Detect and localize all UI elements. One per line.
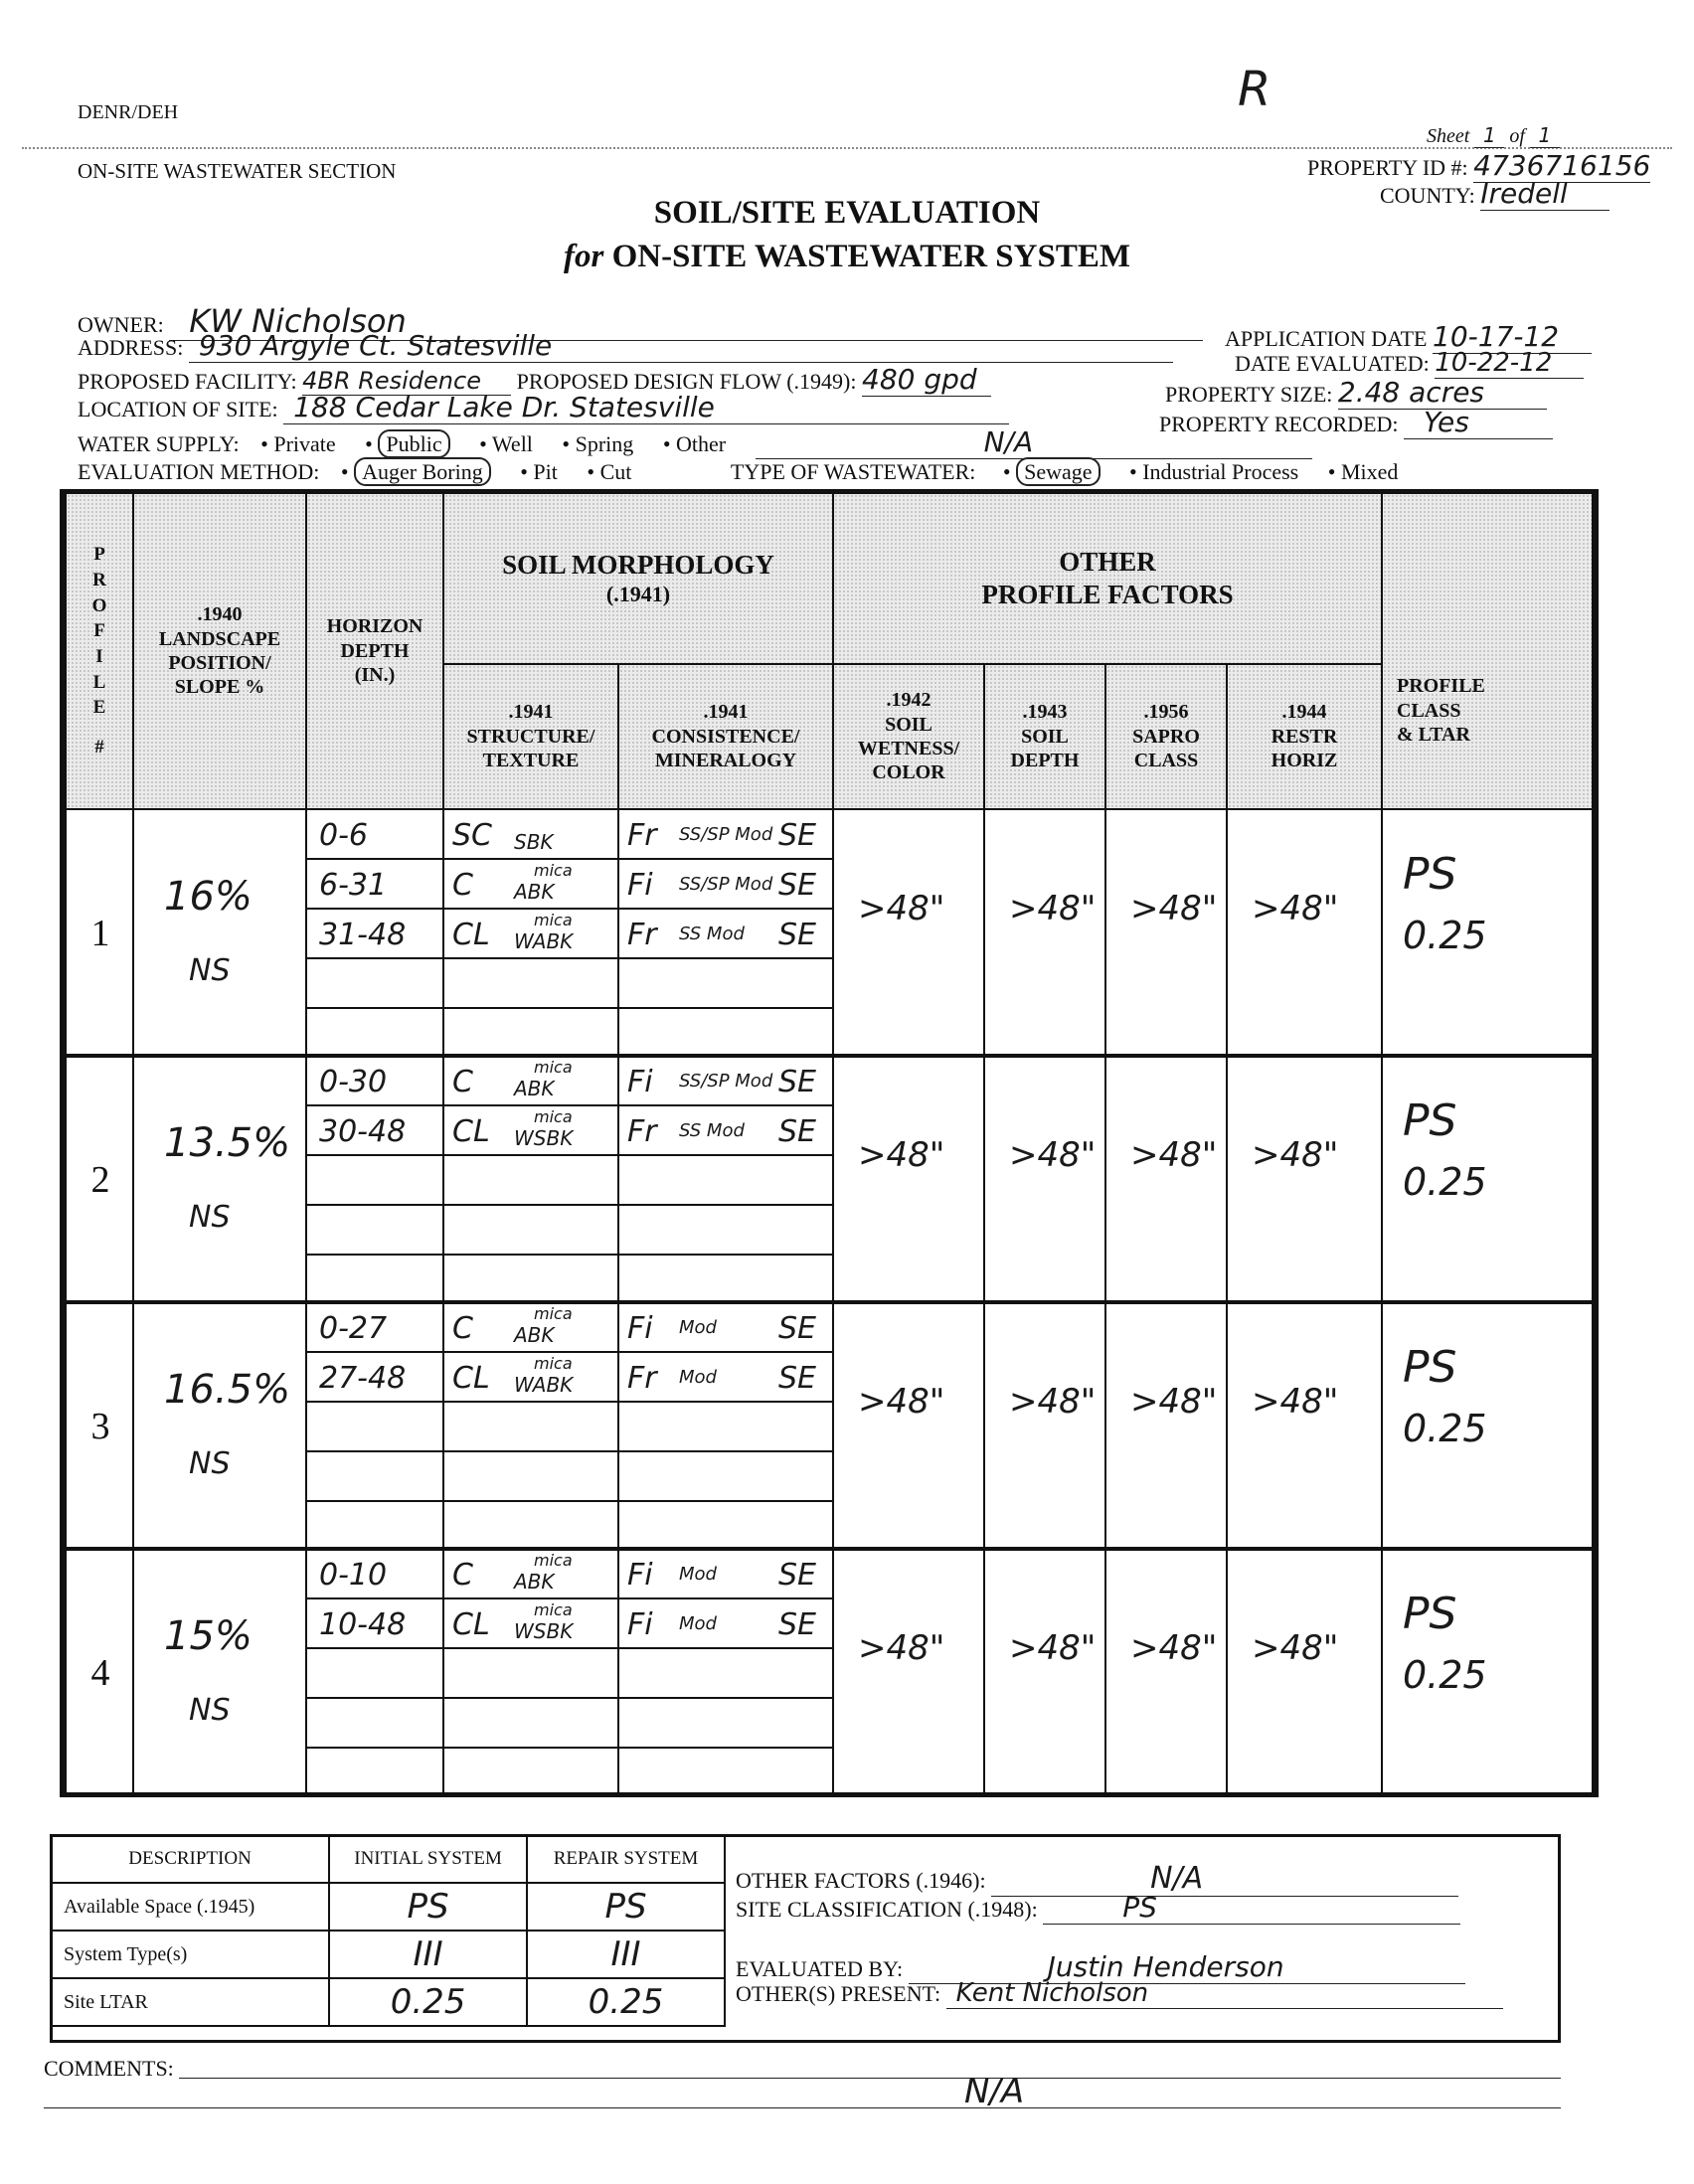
column-divider — [983, 1057, 985, 1303]
location-row: LOCATION OF SITE: 188 Cedar Lake Dr. Sta… — [78, 391, 1009, 424]
horizon-divider — [307, 1007, 834, 1009]
date-evaluated-field[interactable]: 10-22-12 — [1435, 348, 1584, 379]
others-present-field[interactable]: Kent Nicholson — [946, 1978, 1503, 2009]
column-divider — [1104, 1303, 1106, 1550]
header-horizon-depth: HORIZONDEPTH(IN.) — [307, 494, 444, 810]
structure-value[interactable]: WSBK — [514, 1126, 573, 1150]
column-divider — [442, 1057, 444, 1303]
initials-mark: R — [1238, 62, 1270, 117]
address-field[interactable]: 930 Argyle Ct. Statesville — [189, 329, 1173, 363]
horizon-depth[interactable]: 0-6 — [319, 818, 368, 853]
site-ltar-initial[interactable]: 0.25 — [329, 1978, 527, 2026]
structure-value[interactable]: WABK — [514, 1373, 573, 1397]
consistence-detail[interactable]: Mod — [679, 1317, 717, 1338]
ltar-value[interactable]: 0.25 — [1403, 1407, 1487, 1450]
sheet-label: Sheet — [1427, 125, 1469, 147]
horizon-divider — [307, 1351, 834, 1353]
horizon-depth[interactable]: 30-48 — [319, 1114, 406, 1149]
soil-depth-value[interactable]: >48" — [1009, 1382, 1096, 1422]
column-divider — [1104, 1057, 1106, 1303]
restr-horiz-value[interactable]: >48" — [1252, 1135, 1338, 1175]
site-classification-row: SITE CLASSIFICATION (.1948): PS — [736, 1891, 1460, 1925]
slope-value[interactable]: 16% — [164, 874, 253, 920]
profile-row: 316.5%NS0-27CmicaABKFiModSE27-48CLmicaWA… — [67, 1303, 1592, 1550]
form-title: SOIL/SITE EVALUATION — [0, 195, 1694, 232]
mineralogy-note[interactable]: mica — [534, 861, 573, 880]
soil-depth-value[interactable]: >48" — [1009, 1628, 1096, 1668]
comments-line-2 — [44, 2107, 1561, 2108]
of-label: of — [1509, 125, 1525, 147]
col-initial-system: INITIAL SYSTEM — [329, 1835, 527, 1883]
consistence-value[interactable]: Fi — [627, 1607, 653, 1642]
consistence-value[interactable]: Fr — [627, 818, 657, 853]
water-supply-public[interactable]: • Public — [365, 431, 449, 457]
column-divider — [1381, 1550, 1383, 1796]
header-other-profile-factors: OTHERPROFILE FACTORS — [834, 494, 1383, 665]
header-structure-texture: .1941STRUCTURE/TEXTURE — [444, 665, 619, 810]
available-space-repair[interactable]: PS — [527, 1883, 725, 1931]
row-label: Available Space (.1945) — [51, 1883, 329, 1931]
consistence-end[interactable]: SE — [778, 868, 816, 903]
structure-value[interactable]: SBK — [514, 830, 554, 854]
consistence-end[interactable]: SE — [778, 1607, 816, 1642]
texture-value[interactable]: CL — [452, 1361, 490, 1396]
soil-depth-value[interactable]: >48" — [1009, 889, 1096, 928]
consistence-value[interactable]: Fr — [627, 918, 657, 952]
profile-row: 213.5%NS0-30CmicaABKFiSS/SP ModSE30-48CL… — [67, 1057, 1592, 1303]
table-row: Available Space (.1945) PS PS — [51, 1883, 725, 1931]
consistence-detail[interactable]: Mod — [679, 1564, 717, 1585]
row-label: System Type(s) — [51, 1931, 329, 1978]
col-description: DESCRIPTION — [51, 1835, 329, 1883]
header-profile-num: PROFILE# — [67, 494, 134, 810]
mineralogy-note[interactable]: mica — [534, 1551, 573, 1570]
column-divider — [832, 1303, 834, 1550]
header-landscape: .1940LANDSCAPEPOSITION/SLOPE % — [134, 494, 307, 810]
subtitle-text: ON-SITE WASTEWATER SYSTEM — [612, 239, 1130, 274]
site-classification-label: SITE CLASSIFICATION (.1948): — [736, 1897, 1038, 1922]
sheet-num[interactable]: 1 — [1474, 123, 1504, 148]
date-evaluated-label: DATE EVALUATED: — [1235, 351, 1430, 376]
available-space-initial[interactable]: PS — [329, 1883, 527, 1931]
consistence-detail[interactable]: SS/SP Mod — [679, 874, 772, 895]
row-label: Site LTAR — [51, 1978, 329, 2026]
texture-value[interactable]: C — [452, 1065, 473, 1099]
ltar-value[interactable]: 0.25 — [1403, 1653, 1487, 1697]
water-supply-spring[interactable]: • Spring — [562, 431, 633, 457]
horizon-divider — [307, 908, 834, 910]
column-divider — [617, 810, 619, 1057]
table-row: System Type(s) III III — [51, 1931, 725, 1978]
water-supply-label: WATER SUPPLY: — [78, 431, 240, 456]
header-soil-depth: .1943SOILDEPTH — [985, 665, 1106, 810]
consistence-end[interactable]: SE — [778, 1065, 816, 1099]
column-divider — [617, 1550, 619, 1796]
consistence-end[interactable]: SE — [778, 918, 816, 952]
landscape-position[interactable]: NS — [189, 1200, 230, 1235]
consistence-value[interactable]: Fi — [627, 868, 653, 903]
texture-value[interactable]: CL — [452, 1114, 490, 1149]
horizon-divider — [307, 1104, 834, 1106]
consistence-detail[interactable]: SS Mod — [679, 1120, 745, 1141]
consistence-detail[interactable]: Mod — [679, 1613, 717, 1634]
structure-value[interactable]: ABK — [514, 1570, 555, 1594]
column-divider — [983, 1550, 985, 1796]
consistence-detail[interactable]: SS Mod — [679, 924, 745, 944]
wastewater-type-label: TYPE OF WASTEWATER: — [731, 459, 976, 484]
column-divider — [617, 1303, 619, 1550]
column-divider — [305, 1057, 307, 1303]
agency-label: DENR/DEH — [78, 101, 178, 124]
horizon-divider — [307, 1697, 834, 1699]
consistence-value[interactable]: Fi — [627, 1065, 653, 1099]
landscape-position[interactable]: NS — [189, 1693, 230, 1728]
horizon-depth[interactable]: 0-30 — [319, 1065, 387, 1099]
column-divider — [1381, 1303, 1383, 1550]
mineralogy-note[interactable]: mica — [534, 1354, 573, 1373]
texture-value[interactable]: CL — [452, 918, 490, 952]
profile-class-value[interactable]: PS — [1403, 1589, 1456, 1639]
column-divider — [1381, 810, 1383, 1057]
column-divider — [1226, 1303, 1228, 1550]
soil-wetness-value[interactable]: >48" — [858, 1135, 944, 1175]
texture-value[interactable]: C — [452, 1558, 473, 1593]
location-field[interactable]: 188 Cedar Lake Dr. Statesville — [283, 391, 1009, 424]
column-divider — [617, 1057, 619, 1303]
column-divider — [442, 1303, 444, 1550]
column-divider — [1381, 1057, 1383, 1303]
date-evaluated-row: DATE EVALUATED: 10-22-12 — [1235, 348, 1584, 379]
sapro-class-value[interactable]: >48" — [1130, 889, 1217, 928]
wastewater-industrial[interactable]: • Industrial Process — [1129, 459, 1298, 485]
soil-wetness-value[interactable]: >48" — [858, 1628, 944, 1668]
consistence-end[interactable]: SE — [778, 1361, 816, 1396]
structure-value[interactable]: ABK — [514, 880, 555, 904]
structure-value[interactable]: WABK — [514, 929, 573, 953]
property-size-row: PROPERTY SIZE: 2.48 acres — [1165, 376, 1547, 410]
mineralogy-note[interactable]: mica — [534, 1107, 573, 1126]
restr-horiz-value[interactable]: >48" — [1252, 1382, 1338, 1422]
consistence-detail[interactable]: Mod — [679, 1367, 717, 1388]
texture-value[interactable]: C — [452, 868, 473, 903]
address-label: ADDRESS: — [78, 335, 183, 360]
horizon-divider — [307, 1450, 834, 1452]
consistence-value[interactable]: Fr — [627, 1361, 657, 1396]
consistence-end[interactable]: SE — [778, 1311, 816, 1346]
evaluation-method-row: EVALUATION METHOD: • Auger Boring • Pit … — [78, 459, 1422, 485]
horizon-divider — [307, 1747, 834, 1749]
horizon-divider — [307, 1254, 834, 1256]
consistence-end[interactable]: SE — [778, 818, 816, 853]
table-row: Site LTAR 0.25 0.25 — [51, 1978, 725, 2026]
property-size-field[interactable]: 2.48 acres — [1338, 376, 1547, 410]
method-cut[interactable]: • Cut — [587, 459, 631, 485]
profile-row: 415%NS0-10CmicaABKFiModSE10-48CLmicaWSBK… — [67, 1550, 1592, 1796]
consistence-end[interactable]: SE — [778, 1114, 816, 1149]
property-size-label: PROPERTY SIZE: — [1165, 382, 1332, 407]
column-divider — [1104, 1550, 1106, 1796]
horizon-divider — [307, 1401, 834, 1403]
system-type-initial[interactable]: III — [329, 1931, 527, 1978]
sheet-indicator: Sheet 1 of 1 — [1427, 123, 1560, 148]
profile-class-value[interactable]: PS — [1403, 1095, 1456, 1146]
mineralogy-note[interactable]: mica — [534, 1058, 573, 1077]
water-supply-private[interactable]: • Private — [260, 431, 336, 457]
column-divider — [442, 1550, 444, 1796]
header-consistence: .1941CONSISTENCE/MINERALOGY — [619, 665, 834, 810]
texture-value[interactable]: C — [452, 1311, 473, 1346]
other-field[interactable]: N/A — [756, 425, 1312, 459]
header-sapro-class: .1956SAPROCLASS — [1106, 665, 1228, 810]
profile-number: 3 — [67, 1405, 134, 1448]
restr-horiz-value[interactable]: >48" — [1252, 889, 1338, 928]
soil-wetness-value[interactable]: >48" — [858, 889, 944, 928]
horizon-divider — [307, 1647, 834, 1649]
profile-number: 2 — [67, 1158, 134, 1202]
header-profile-class: PROFILECLASS& LTAR — [1383, 494, 1592, 810]
slope-value[interactable]: 16.5% — [164, 1367, 290, 1413]
section-label: ON-SITE WASTEWATER SECTION — [78, 159, 396, 184]
system-summary-table: DESCRIPTION INITIAL SYSTEM REPAIR SYSTEM… — [50, 1834, 726, 2027]
slope-value[interactable]: 15% — [164, 1613, 253, 1659]
soil-wetness-value[interactable]: >48" — [858, 1382, 944, 1422]
column-divider — [1226, 1057, 1228, 1303]
column-divider — [983, 1303, 985, 1550]
profile-number: 1 — [67, 912, 134, 955]
consistence-detail[interactable]: SS/SP Mod — [679, 824, 772, 845]
column-divider — [305, 1303, 307, 1550]
form-subtitle: for ON-SITE WASTEWATER SYSTEM — [0, 239, 1694, 275]
header-soil-wetness: .1942SOILWETNESS/COLOR — [834, 665, 985, 810]
column-divider — [1104, 810, 1106, 1057]
mineralogy-note[interactable]: mica — [534, 1304, 573, 1323]
consistence-end[interactable]: SE — [778, 1558, 816, 1593]
mineralogy-note[interactable]: mica — [534, 911, 573, 929]
soil-depth-value[interactable]: >48" — [1009, 1135, 1096, 1175]
others-present-label: OTHER(S) PRESENT: — [736, 1981, 940, 2006]
header-restr-horiz: .1944RESTRHORIZ — [1228, 665, 1383, 810]
horizon-divider — [307, 1500, 834, 1502]
other-factors-label: OTHER FACTORS (.1946): — [736, 1868, 986, 1893]
sapro-class-value[interactable]: >48" — [1130, 1382, 1217, 1422]
slope-value[interactable]: 13.5% — [164, 1120, 290, 1166]
profile-class-value[interactable]: PS — [1403, 1342, 1456, 1393]
evaluation-method-label: EVALUATION METHOD: — [78, 459, 319, 484]
landscape-position[interactable]: NS — [189, 1446, 230, 1481]
subtitle-for: for — [564, 239, 603, 274]
horizon-depth[interactable]: 0-27 — [319, 1311, 387, 1346]
method-auger-boring[interactable]: • Auger Boring — [341, 459, 491, 485]
header-soil-morphology: SOIL MORPHOLOGY(.1941) — [444, 494, 834, 665]
structure-value[interactable]: ABK — [514, 1323, 555, 1347]
texture-value[interactable]: CL — [452, 1607, 490, 1642]
structure-value[interactable]: ABK — [514, 1077, 555, 1100]
consistence-detail[interactable]: SS/SP Mod — [679, 1071, 772, 1092]
address-row: ADDRESS: 930 Argyle Ct. Statesville — [78, 329, 1173, 363]
wastewater-sewage[interactable]: • Sewage — [1003, 459, 1101, 485]
comments-label: COMMENTS: — [44, 2056, 174, 2082]
col-repair-system: REPAIR SYSTEM — [527, 1835, 725, 1883]
restr-horiz-value[interactable]: >48" — [1252, 1628, 1338, 1668]
horizon-divider — [307, 858, 834, 860]
consistence-value[interactable]: Fr — [627, 1114, 657, 1149]
horizon-depth[interactable]: 0-10 — [319, 1558, 387, 1593]
horizon-divider — [307, 1597, 834, 1599]
site-classification-field[interactable]: PS — [1043, 1891, 1460, 1925]
water-supply-row: WATER SUPPLY: • Private • Public • Well … — [78, 425, 1312, 459]
sapro-class-value[interactable]: >48" — [1130, 1628, 1217, 1668]
site-ltar-repair[interactable]: 0.25 — [527, 1978, 725, 2026]
profile-class-value[interactable]: PS — [1403, 849, 1456, 900]
sheet-total[interactable]: 1 — [1530, 123, 1560, 148]
system-type-repair[interactable]: III — [527, 1931, 725, 1978]
consistence-value[interactable]: Fi — [627, 1311, 653, 1346]
horizon-depth[interactable]: 31-48 — [319, 918, 406, 952]
column-divider — [832, 810, 834, 1057]
comments-line-1 — [179, 2078, 1561, 2079]
column-divider — [305, 810, 307, 1057]
column-divider — [983, 810, 985, 1057]
water-supply-other[interactable]: • Other — [663, 431, 726, 457]
location-label: LOCATION OF SITE: — [78, 397, 278, 421]
column-divider — [832, 1550, 834, 1796]
horizon-depth[interactable]: 6-31 — [319, 868, 387, 903]
mineralogy-note[interactable]: mica — [534, 1600, 573, 1619]
structure-value[interactable]: WSBK — [514, 1619, 573, 1643]
horizon-divider — [307, 1204, 834, 1206]
soil-evaluation-table: PROFILE# .1940LANDSCAPEPOSITION/SLOPE % … — [60, 489, 1599, 1797]
texture-value[interactable]: SC — [452, 818, 492, 853]
column-divider — [832, 1057, 834, 1303]
water-supply-well[interactable]: • Well — [479, 431, 533, 457]
column-divider — [1226, 1550, 1228, 1796]
method-pit[interactable]: • Pit — [520, 459, 558, 485]
horizon-divider — [307, 957, 834, 959]
sapro-class-value[interactable]: >48" — [1130, 1135, 1217, 1175]
landscape-position[interactable]: NS — [189, 953, 230, 988]
horizon-depth[interactable]: 27-48 — [319, 1361, 406, 1396]
wastewater-mixed[interactable]: • Mixed — [1328, 459, 1399, 485]
profile-number: 4 — [67, 1651, 134, 1695]
horizon-depth[interactable]: 10-48 — [319, 1607, 406, 1642]
ltar-value[interactable]: 0.25 — [1403, 914, 1487, 957]
property-recorded-field[interactable]: Yes — [1404, 406, 1553, 439]
column-divider — [442, 810, 444, 1057]
column-divider — [1226, 810, 1228, 1057]
comments-field[interactable]: N/A — [964, 2072, 1024, 2111]
horizon-divider — [307, 1154, 834, 1156]
consistence-value[interactable]: Fi — [627, 1558, 653, 1593]
others-present-row: OTHER(S) PRESENT: Kent Nicholson — [736, 1978, 1503, 2009]
column-divider — [305, 1550, 307, 1796]
ltar-value[interactable]: 0.25 — [1403, 1160, 1487, 1204]
profile-row: 116%NS0-6SCSBKFrSS/SP ModSE6-31CmicaABKF… — [67, 810, 1592, 1057]
